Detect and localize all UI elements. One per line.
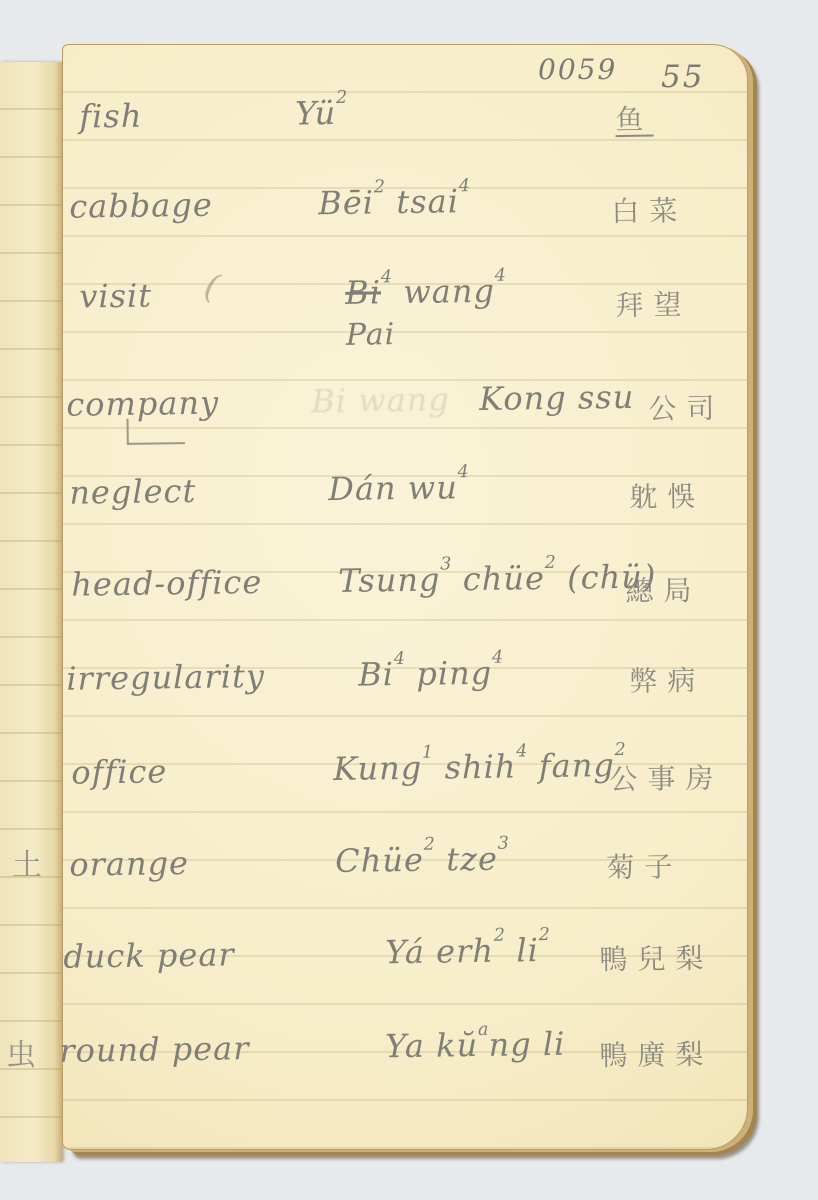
english-word: neglect bbox=[69, 472, 197, 512]
chinese-characters: 公司 bbox=[648, 387, 725, 428]
erased-romanization: Bi wang bbox=[311, 380, 450, 420]
vocab-row: duck pearYá erh2 li2鴨兒梨 bbox=[63, 928, 747, 938]
vocab-row: round pearYa kŭang li鴨廣梨 bbox=[63, 1022, 747, 1032]
romanization: Dán wu4 bbox=[328, 468, 469, 508]
margin-glyph: 虫 bbox=[6, 1030, 36, 1074]
english-word: duck pear bbox=[63, 935, 235, 975]
facing-page-edge: 土 虫 bbox=[0, 62, 62, 1162]
vocab-row: companyBi wangKong ssu公司 bbox=[63, 376, 747, 386]
vocab-row: officeKung1 shih4 fang2公事房 bbox=[63, 744, 747, 754]
romanization: Bēi2 tsai4 bbox=[318, 182, 470, 222]
english-word: cabbage bbox=[69, 186, 213, 226]
margin-glyph: 土 bbox=[12, 840, 42, 884]
english-word: fish bbox=[79, 97, 143, 136]
chinese-characters: 弊病 bbox=[629, 659, 706, 700]
chinese-characters: 總局 bbox=[625, 569, 702, 610]
vocab-row: neglectDán wu4躭悞 bbox=[63, 464, 747, 474]
chinese-characters: 鱼 bbox=[615, 98, 654, 139]
vocab-row: irregularityBi4 ping4弊病 bbox=[63, 650, 747, 660]
romanization: Kung1 shih4 fang2 bbox=[333, 746, 626, 788]
vocab-row: visitBi4 wang4Pai拜望 bbox=[63, 268, 747, 278]
romanization: Bi4 ping4 bbox=[358, 654, 504, 694]
vocab-row: orangeChüe2 tze3菊子 bbox=[63, 836, 747, 846]
pencil-bracket-mark bbox=[127, 418, 185, 445]
english-word: round pear bbox=[59, 1029, 250, 1070]
romanization: Yá erh2 li2 bbox=[385, 931, 550, 971]
romanization: Kong ssu bbox=[479, 378, 635, 418]
vocab-row: head-officeTsung3 chüe2 (chü)總局 bbox=[63, 556, 747, 566]
english-word: visit bbox=[79, 277, 152, 316]
chinese-characters: 躭悞 bbox=[629, 475, 706, 516]
romanization: Tsung3 chüe2 (chü) bbox=[338, 557, 657, 599]
chinese-characters: 菊子 bbox=[606, 845, 683, 886]
vocab-row: cabbageBēi2 tsai4白菜 bbox=[63, 178, 747, 188]
romanization: Ya kŭang li bbox=[385, 1025, 566, 1066]
page-number: 55 bbox=[661, 59, 704, 95]
notebook-scan: 土 虫 0059 55 ( fishYü2鱼cabbageBēi2 tsai4白… bbox=[0, 0, 818, 1200]
english-word: office bbox=[71, 752, 168, 791]
english-word: orange bbox=[69, 844, 189, 884]
chinese-characters: 鴨兒梨 bbox=[599, 937, 714, 979]
vocab-row: fishYü2鱼 bbox=[63, 88, 747, 98]
romanization: Chüe2 tze3 bbox=[335, 840, 509, 880]
chinese-characters: 公事房 bbox=[609, 757, 724, 799]
romanization-correction: Pai bbox=[346, 317, 396, 353]
english-word: irregularity bbox=[66, 657, 265, 698]
chinese-characters: 白菜 bbox=[611, 189, 688, 230]
scan-number: 0059 bbox=[538, 53, 617, 86]
english-word: head-office bbox=[71, 563, 262, 604]
romanization: Yü2 bbox=[295, 94, 348, 133]
notebook-page: 0059 55 ( fishYü2鱼cabbageBēi2 tsai4白菜vis… bbox=[62, 44, 748, 1150]
chinese-characters: 鴨廣梨 bbox=[599, 1033, 714, 1075]
romanization: Bi4 wang4 bbox=[345, 272, 506, 312]
chinese-characters: 拜望 bbox=[615, 283, 692, 324]
stray-pencil-mark: ( bbox=[200, 266, 223, 308]
